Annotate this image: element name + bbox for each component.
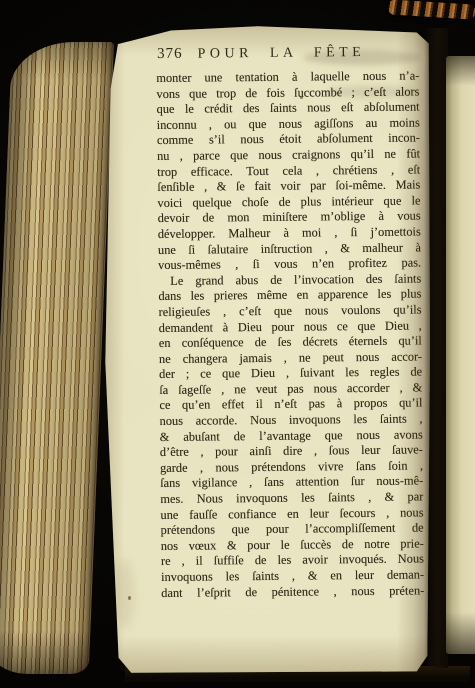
paragraph: Le grand abus de l’invocation des ſaints… <box>158 271 424 601</box>
text-line: développer. Malheur à moi , ſi j’omettoi… <box>158 224 421 242</box>
running-head: 376 POUR LA FÊTE <box>157 43 419 68</box>
fore-edge-page-stack <box>0 42 114 674</box>
page-number: 376 <box>157 46 183 63</box>
book-page: 376 POUR LA FÊTE monter une tentation à … <box>98 24 430 674</box>
facing-page-edge <box>446 56 475 654</box>
headband <box>388 0 475 20</box>
running-title: POUR LA FÊTE <box>198 45 366 63</box>
text-line: dant l’eſprit de pénitence , nous préten… <box>161 583 424 601</box>
margin-stain <box>114 559 134 629</box>
book-photo: 376 POUR LA FÊTE monter une tentation à … <box>0 0 475 688</box>
text-line: religieuſes , c’eſt que nous voulons qu’… <box>158 302 421 320</box>
gutter-shadow <box>424 28 448 668</box>
foxing-spot <box>128 596 131 600</box>
paragraph-continued: monter une tentation à laquelle nous n’a… <box>156 68 421 273</box>
page-content: 376 POUR LA FÊTE monter une tentation à … <box>156 43 424 601</box>
